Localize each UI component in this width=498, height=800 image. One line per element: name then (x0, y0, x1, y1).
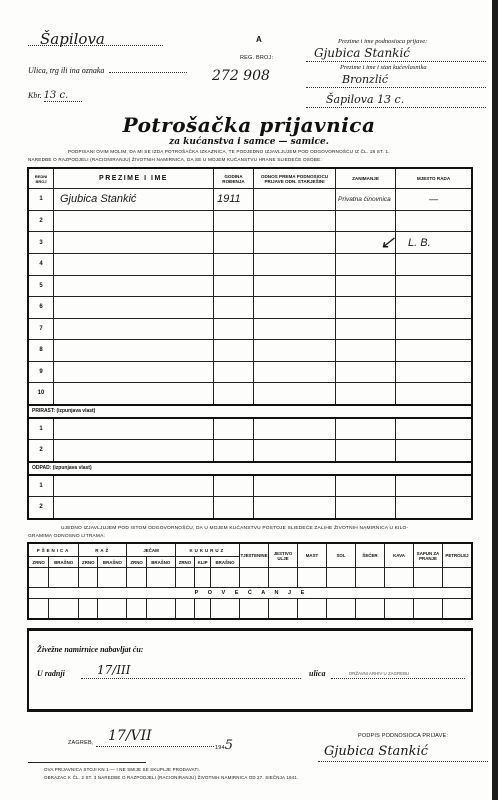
table-row: 1 (28, 418, 472, 440)
row-name: Gjubica Stankić (54, 189, 214, 211)
supply-box: Živežne namirnice nabavljat ću: U radnji… (27, 628, 473, 712)
table-row: 10 (28, 383, 472, 405)
intro-line-2: NAREDBE O RAZPODJELI (RACIONIRANJU) ŽIVO… (28, 157, 322, 162)
street-field: Šapilova (28, 30, 163, 46)
stock-header-row-1: PŠENICA RAŽ JEČAM KUKURUZ TJESTENINE JES… (28, 543, 472, 557)
increase-band: P O V E Ć A N J E (28, 588, 472, 599)
row-year: 1911 (214, 189, 254, 211)
col-oil: JESTIVO ULJE (269, 543, 298, 568)
group-barley: JEČAM (127, 543, 175, 557)
stock-row (28, 599, 472, 620)
footer-city: ZAGREB, (68, 740, 94, 746)
stock-intro-line-1: UJEDNO IZJAVLJUJEM POD ISTOM ODGOVORNOŠĆ… (61, 526, 408, 531)
row-mark: ↙ (336, 232, 396, 254)
footer-note-2: OBRAZAC K ČL. 2 ST. 3 NAREDBE O RAZPODJE… (44, 775, 298, 780)
house-number-field: Kbr. 13 c. (28, 90, 82, 102)
year-field: 1945 (215, 736, 233, 754)
col-soap: SAPUN ZA PRANJE (414, 543, 443, 568)
col-ordinal: REDNI BROJ (28, 168, 54, 189)
col-kerosene: PETROLEJ (443, 543, 473, 568)
series-letter: A (256, 35, 262, 44)
group-rye: RAŽ (79, 543, 127, 557)
table-row: 6 (28, 297, 472, 319)
shop-field: 17/III (81, 667, 301, 679)
footer-divider (28, 762, 146, 763)
owner-label: Prezime i ime i stan kućevlasnika (340, 64, 427, 71)
row-relation (254, 189, 336, 211)
date-field: 17/VII (96, 734, 214, 747)
persons-table: REDNI BROJ PREZIME I IME GODINA ROĐENJA … (27, 167, 473, 520)
date-value: 17/VII (108, 728, 152, 744)
table-row: 1 (28, 475, 472, 497)
col-coffee: KAVA (385, 543, 414, 568)
house-number-value: 13 c. (44, 90, 82, 102)
table-row: 4 (28, 254, 472, 276)
stock-intro-line-2: GRAMIMA ODNOSNO LITRAMA: (28, 534, 105, 539)
archive-stamp: DRŽAVNI ARHIV U ZAGREBU (349, 671, 409, 676)
col-name: PREZIME I IME (54, 168, 214, 189)
reg-label: REG. BROJ: (240, 55, 273, 61)
street-label: Ulica, trg ili ina oznaka (28, 66, 187, 75)
signature-field: Gjubica Stankić (318, 744, 488, 762)
street-handwritten: Šapilova (40, 30, 105, 48)
signature-label: PODPIS PODNOSIOCA PRIJAVE: (358, 733, 448, 739)
table-row: 8 (28, 340, 472, 362)
table-row: 7 (28, 318, 472, 340)
shop-value: 17/III (97, 663, 131, 677)
persons-header-row: REDNI BROJ PREZIME I IME GODINA ROĐENJA … (28, 168, 472, 189)
table-row: 2 (28, 210, 472, 232)
owner-field: Bronzlić (306, 72, 486, 88)
applicant-label: Prezime i ime podnosioca prijave: (338, 38, 427, 45)
shop-label: U radnji (37, 669, 65, 678)
col-lard: MAST (298, 543, 327, 568)
stock-table: PŠENICA RAŽ JEČAM KUKURUZ TJESTENINE JES… (27, 542, 473, 620)
table-row: 9 (28, 361, 472, 383)
decrease-section-header: ODPAD: (izpunjava vlast) (28, 462, 472, 475)
table-row: 2 (28, 497, 472, 519)
applicant-field: Gjubica Stankić (306, 46, 486, 62)
signature-value: Gjubica Stankić (324, 744, 428, 759)
col-salt: SOL (327, 543, 356, 568)
table-row: 5 (28, 275, 472, 297)
owner-address-value: Šapilova 13 c. (326, 93, 404, 106)
street-field-supply: DRŽAVNI ARHIV U ZAGREBU (331, 667, 465, 679)
year-prefix: 194 (215, 745, 225, 751)
col-workplace: MJESTO RADA (396, 168, 473, 189)
increase-section-header: PRIRAST: (izpunjava vlast) (28, 405, 472, 418)
form-subtitle: za kućanstva i samce — samice. (0, 137, 498, 147)
col-sugar: ŠEĆER (356, 543, 385, 568)
form-title: Potrošačka prijavnica (0, 113, 498, 137)
table-row: 3↙L. B. (28, 232, 472, 254)
house-number-label: Kbr. (28, 91, 42, 100)
street-label-supply: ulica (309, 669, 325, 678)
stock-row (28, 568, 472, 588)
reg-number: 272 908 (212, 68, 270, 84)
owner-address-field: Šapilova 13 c. (306, 92, 486, 108)
col-occupation: ZANIMANJE (336, 168, 396, 189)
group-wheat: PŠENICA (28, 543, 79, 557)
supply-label: Živežne namirnice nabavljat ću: (37, 645, 143, 654)
table-row: 2 (28, 440, 472, 462)
owner-value: Bronzlić (342, 73, 388, 86)
col-birth-year: GODINA ROĐENJA (214, 168, 254, 189)
col-relation: ODNOS PREMA PODNOSIOCU PRIJAVE ODN. STAR… (254, 168, 336, 189)
col-pasta: TJESTENINE (240, 543, 269, 568)
row-occupation: Privatna činovnica (336, 189, 396, 211)
row-initials: L. B. (396, 232, 473, 254)
table-row: 1 Gjubica Stankić 1911 Privatna činovnic… (28, 189, 472, 211)
row-workplace: — (396, 189, 473, 211)
applicant-value: Gjubica Stankić (314, 46, 410, 60)
footer-note-1: OVA PRIJAVNICA STOJI KN 1·— I NE SMIJE S… (44, 767, 200, 772)
year-suffix: 5 (225, 738, 233, 753)
intro-line-1: PODPISANI OVIM MOLIM, DA MI SE IZDA POTR… (68, 149, 390, 154)
group-corn: KUKURUZ (175, 543, 239, 557)
